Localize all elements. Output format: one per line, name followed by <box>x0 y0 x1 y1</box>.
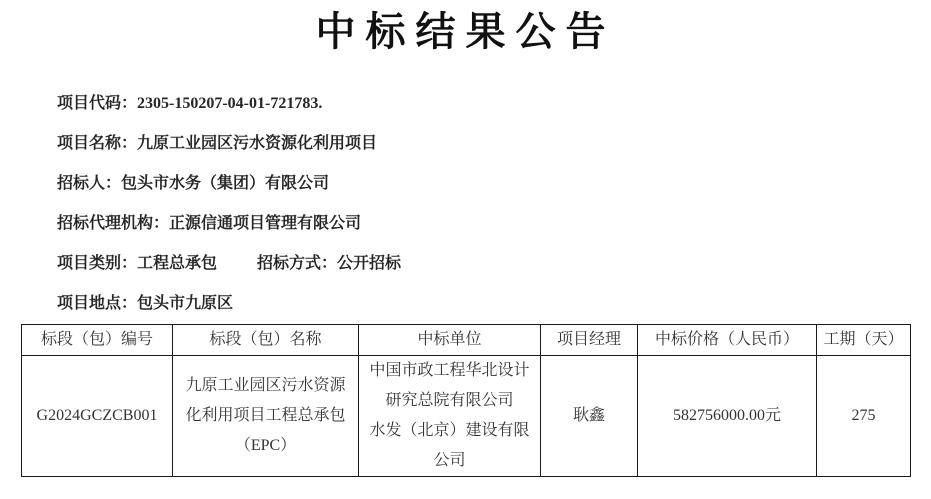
cell-duration: 275 <box>817 356 911 477</box>
cell-project-manager: 耿鑫 <box>541 356 638 477</box>
col-header-section-code: 标段（包）编号 <box>22 325 173 356</box>
project-location-text: 项目地点：包头市九原区 <box>57 295 233 312</box>
page-title: 中标结果公告 <box>0 8 931 56</box>
col-header-project-manager: 项目经理 <box>541 325 638 356</box>
cell-price: 582756000.00元 <box>638 356 817 477</box>
tenderer-line: 招标人：包头市水务（集团）有限公司 <box>57 164 931 204</box>
category-method-line: 项目类别：工程总承包 招标方式：公开招标 <box>57 244 931 284</box>
winning-unit-1: 中国市政工程华北设计研究总院有限公司 <box>364 356 535 416</box>
table-header-row: 标段（包）编号 标段（包）名称 中标单位 项目经理 中标价格（人民币） 工期（天… <box>22 325 911 356</box>
location-line: 项目地点：包头市九原区 <box>57 284 931 324</box>
project-code-line: 项目代码：2305-150207-04-01-721783. <box>57 84 931 124</box>
cell-section-name: 九原工业园区污水资源化利用项目工程总承包（EPC） <box>173 356 359 477</box>
project-category-text: 项目类别：工程总承包 <box>57 255 217 272</box>
cell-winning-units: 中国市政工程华北设计研究总院有限公司 水发（北京）建设有限公司 <box>359 356 541 477</box>
col-header-winning-unit: 中标单位 <box>359 325 541 356</box>
agency-line: 招标代理机构：正源信通项目管理有限公司 <box>57 204 931 244</box>
winning-unit-2: 水发（北京）建设有限公司 <box>364 416 535 476</box>
agency-text: 招标代理机构：正源信通项目管理有限公司 <box>57 215 361 232</box>
project-code-text: 项目代码：2305-150207-04-01-721783. <box>57 95 322 112</box>
bid-result-table: 标段（包）编号 标段（包）名称 中标单位 项目经理 中标价格（人民币） 工期（天… <box>21 324 911 477</box>
col-header-section-name: 标段（包）名称 <box>173 325 359 356</box>
project-name-text: 项目名称：九原工业园区污水资源化利用项目 <box>57 135 377 152</box>
col-header-price: 中标价格（人民币） <box>638 325 817 356</box>
tenderer-text: 招标人：包头市水务（集团）有限公司 <box>57 175 329 192</box>
col-header-duration: 工期（天） <box>817 325 911 356</box>
cell-section-code: G2024GCZCB001 <box>22 356 173 477</box>
tender-method-text: 招标方式：公开招标 <box>257 255 401 272</box>
table-row: G2024GCZCB001 九原工业园区污水资源化利用项目工程总承包（EPC） … <box>22 356 911 477</box>
project-name-line: 项目名称：九原工业园区污水资源化利用项目 <box>57 124 931 164</box>
announcement-page: 中标结果公告 项目代码：2305-150207-04-01-721783. 项目… <box>0 8 931 499</box>
project-info: 项目代码：2305-150207-04-01-721783. 项目名称：九原工业… <box>0 84 931 324</box>
